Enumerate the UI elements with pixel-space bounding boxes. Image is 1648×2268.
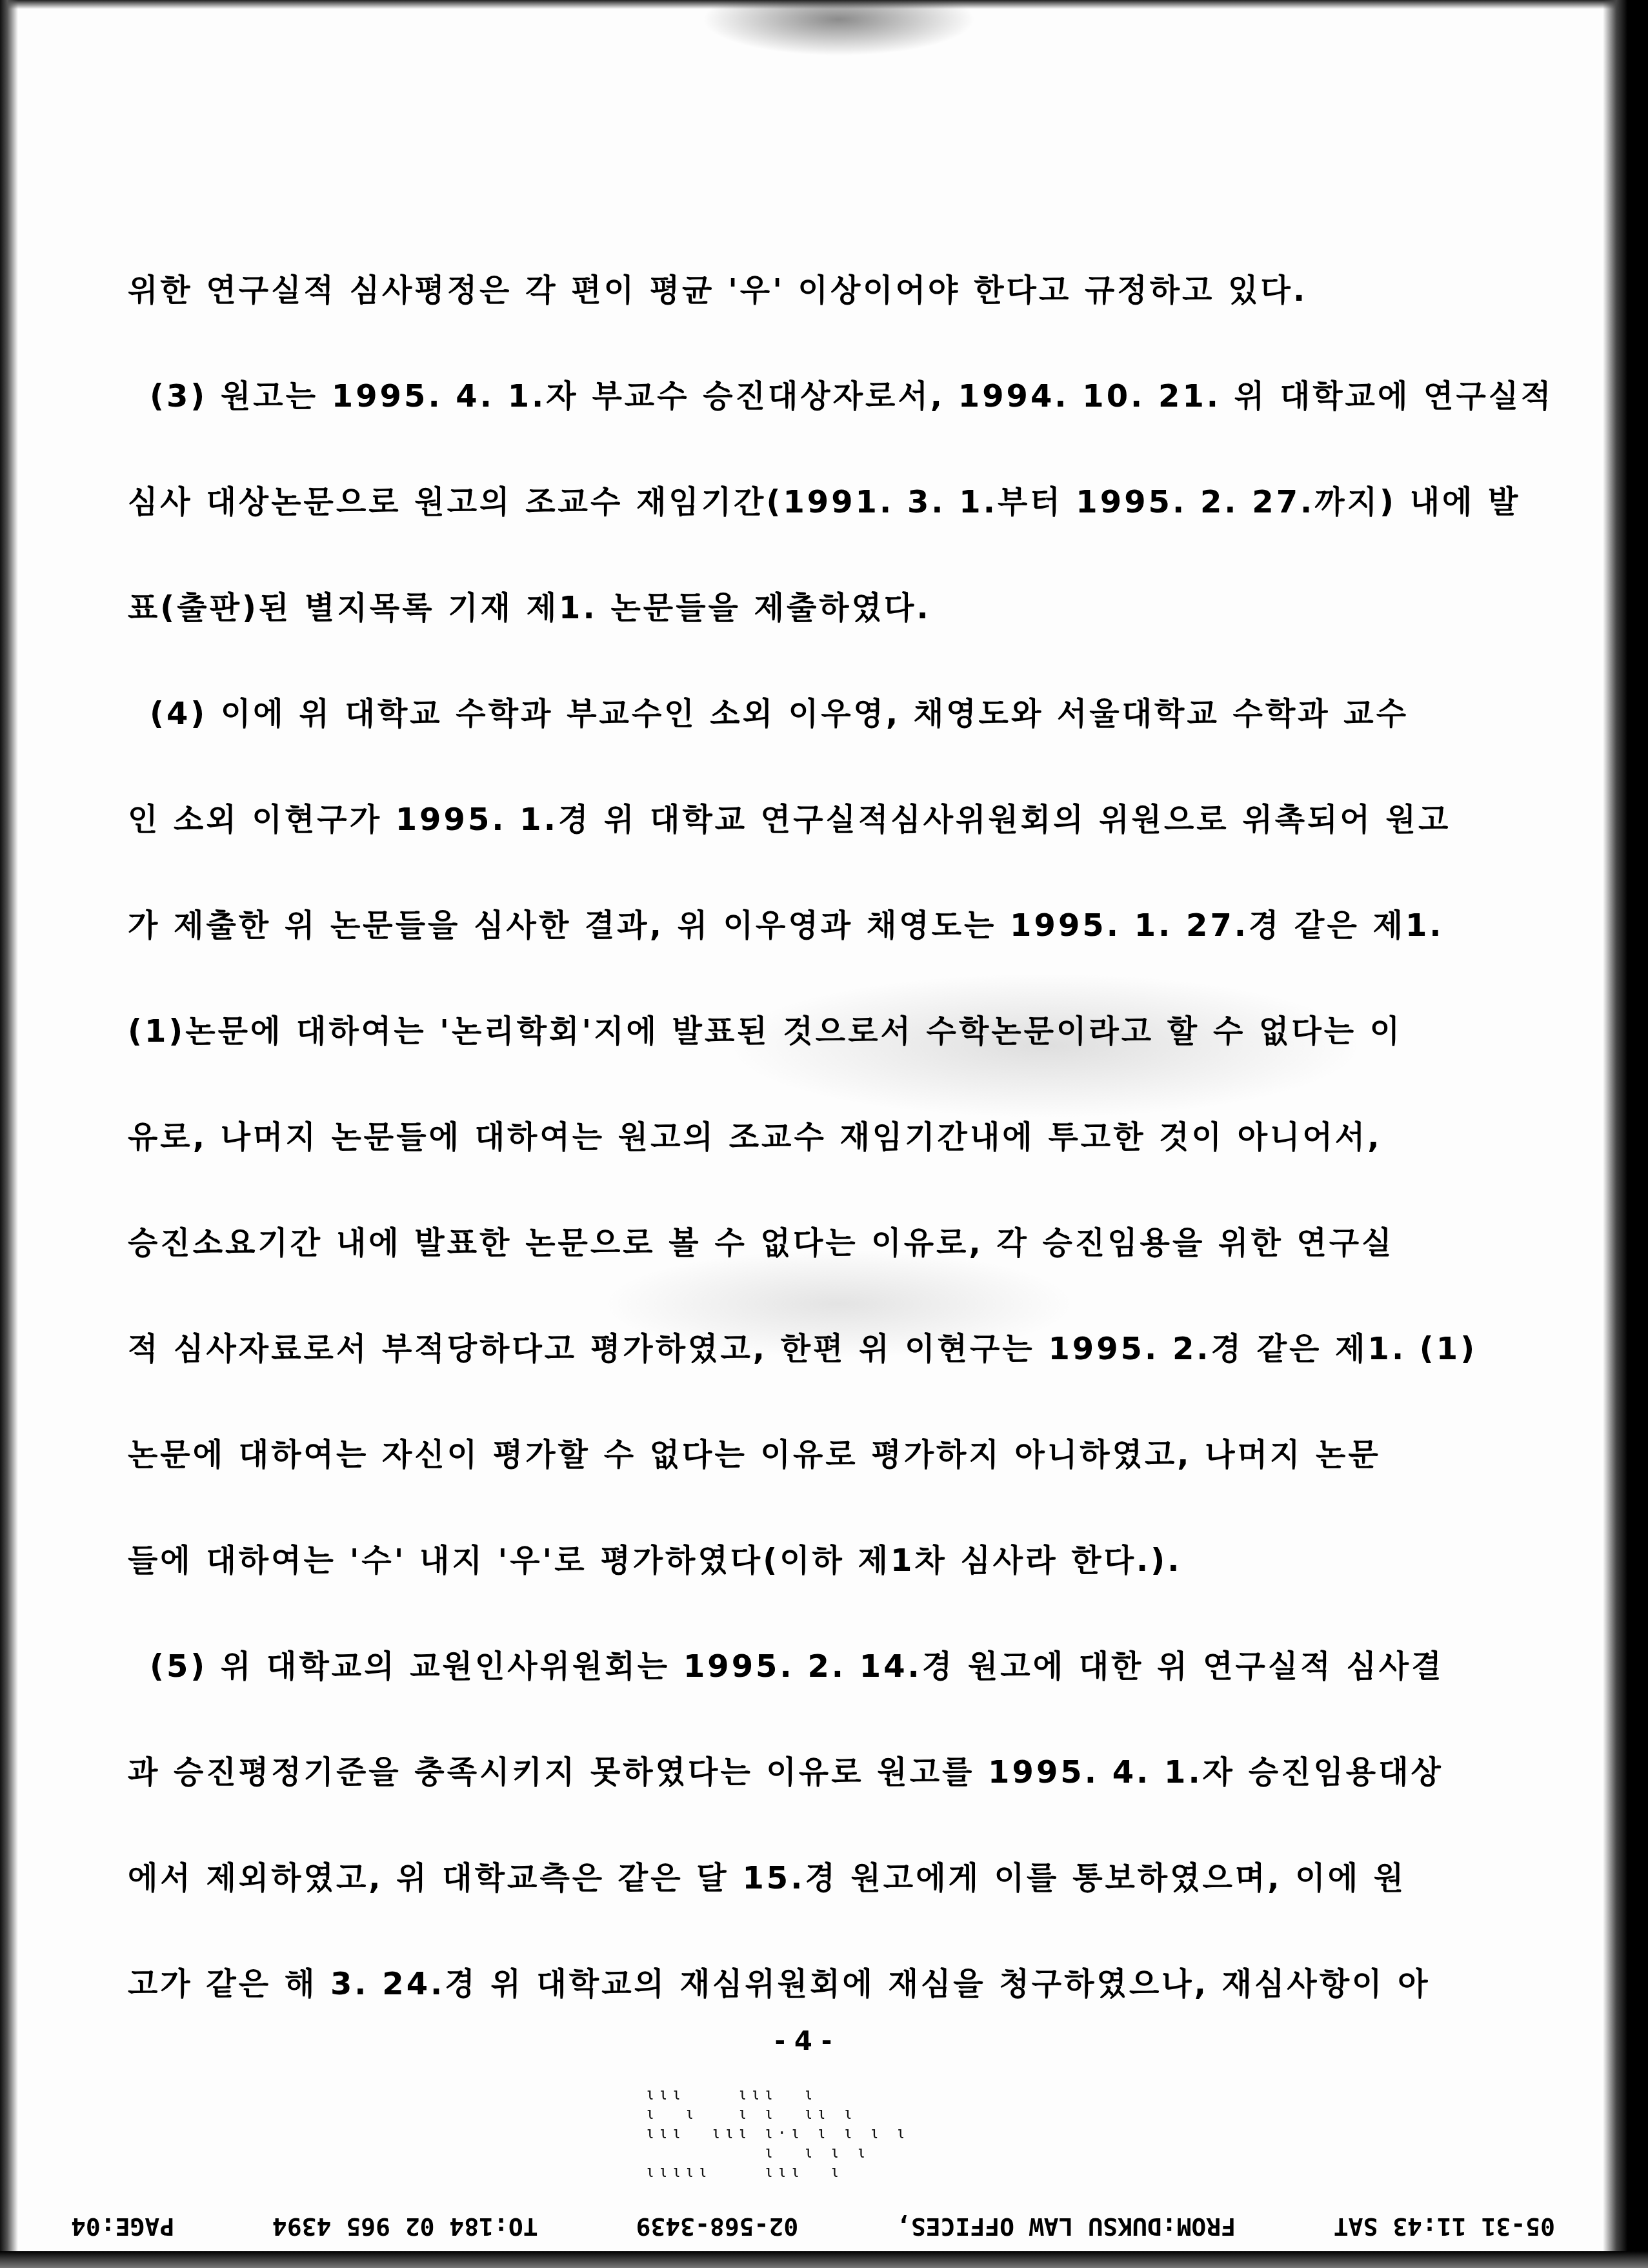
- text-line: (1)논문에 대하여는 '논리학회'지에 발표된 것으로서 수학논문이라고 할 …: [128, 999, 1380, 1105]
- fax-transmission-header: 05-31 11:43 SAT FROM:DUKSU LAW OFFICES, …: [71, 2207, 1555, 2246]
- text-line: 고가 같은 해 3. 24.경 위 대학교의 재심위원회에 재심을 청구하였으나…: [128, 1952, 1380, 2058]
- text-line: (4) 이에 위 대학교 수학과 부교수인 소외 이우영, 채영도와 서울대학교…: [128, 682, 1380, 787]
- text-line: 적 심사자료로서 부적당하다고 평가하였고, 한편 위 이현구는 1995. 2…: [128, 1317, 1380, 1423]
- fax-from: FROM:DUKSU LAW OFFICES,: [896, 2207, 1236, 2246]
- scan-edge-right: [1603, 0, 1648, 2268]
- text-line: (5) 위 대학교의 교원인사위원회는 1995. 2. 14.경 원고에 대한…: [128, 1634, 1380, 1740]
- text-line: 에서 제외하였고, 위 대학교측은 같은 달 15.경 원고에게 이를 통보하였…: [128, 1846, 1380, 1952]
- document-body: 위한 연구실적 심사평정은 각 편이 평균 '우' 이상이어야 한다고 규정하고…: [128, 258, 1380, 2058]
- scan-edge-bottom: [0, 2251, 1648, 2268]
- text-line: 표(출판)된 별지목록 기재 제1. 논문들을 제출하였다.: [128, 576, 1380, 682]
- text-line: 유로, 나머지 논문들에 대하여는 원고의 조교수 재임기간내에 투고한 것이 …: [128, 1105, 1380, 1211]
- text-line: 심사 대상논문으로 원고의 조교수 재임기간(1991. 3. 1.부터 199…: [128, 470, 1380, 576]
- text-line: 과 승진평정기준을 충족시키지 못하였다는 이유로 원고를 1995. 4. 1…: [128, 1740, 1380, 1846]
- fax-from-phone: 02-568-3439: [636, 2207, 798, 2246]
- text-line: 승진소요기간 내에 발표한 논문으로 볼 수 없다는 이유로, 각 승진임용을 …: [128, 1211, 1380, 1317]
- text-line: (3) 원고는 1995. 4. 1.자 부교수 승진대상자로서, 1994. …: [128, 364, 1380, 470]
- scan-edge-left: [0, 0, 18, 2268]
- text-line: 위한 연구실적 심사평정은 각 편이 평균 '우' 이상이어야 한다고 규정하고…: [128, 258, 1380, 364]
- text-line: 가 제출한 위 논문들을 심사한 결과, 위 이우영과 채영도는 1995. 1…: [128, 893, 1380, 999]
- fax-page: PAGE:04: [71, 2207, 174, 2246]
- page-number: - 4 -: [758, 2027, 849, 2056]
- fax-dot-pattern: ιιι ιιι ι ι ι ι ι ιι ι ιιι ιιι ι·ι ι ι ι…: [645, 2085, 909, 2182]
- text-line: 인 소외 이현구가 1995. 1.경 위 대학교 연구실적심사위원회의 위원으…: [128, 787, 1380, 893]
- fax-datetime: 05-31 11:43 SAT: [1334, 2207, 1555, 2246]
- fax-to: TO:184 02 965 4394: [272, 2207, 538, 2246]
- text-line: 논문에 대하여는 자신이 평가할 수 없다는 이유로 평가하지 아니하였고, 나…: [128, 1423, 1380, 1528]
- scan-edge-top: [0, 0, 1648, 9]
- text-line: 들에 대하여는 '수' 내지 '우'로 평가하였다(이하 제1차 심사라 한다.…: [128, 1528, 1380, 1634]
- scanned-fax-page: 위한 연구실적 심사평정은 각 편이 평균 '우' 이상이어야 한다고 규정하고…: [0, 0, 1648, 2268]
